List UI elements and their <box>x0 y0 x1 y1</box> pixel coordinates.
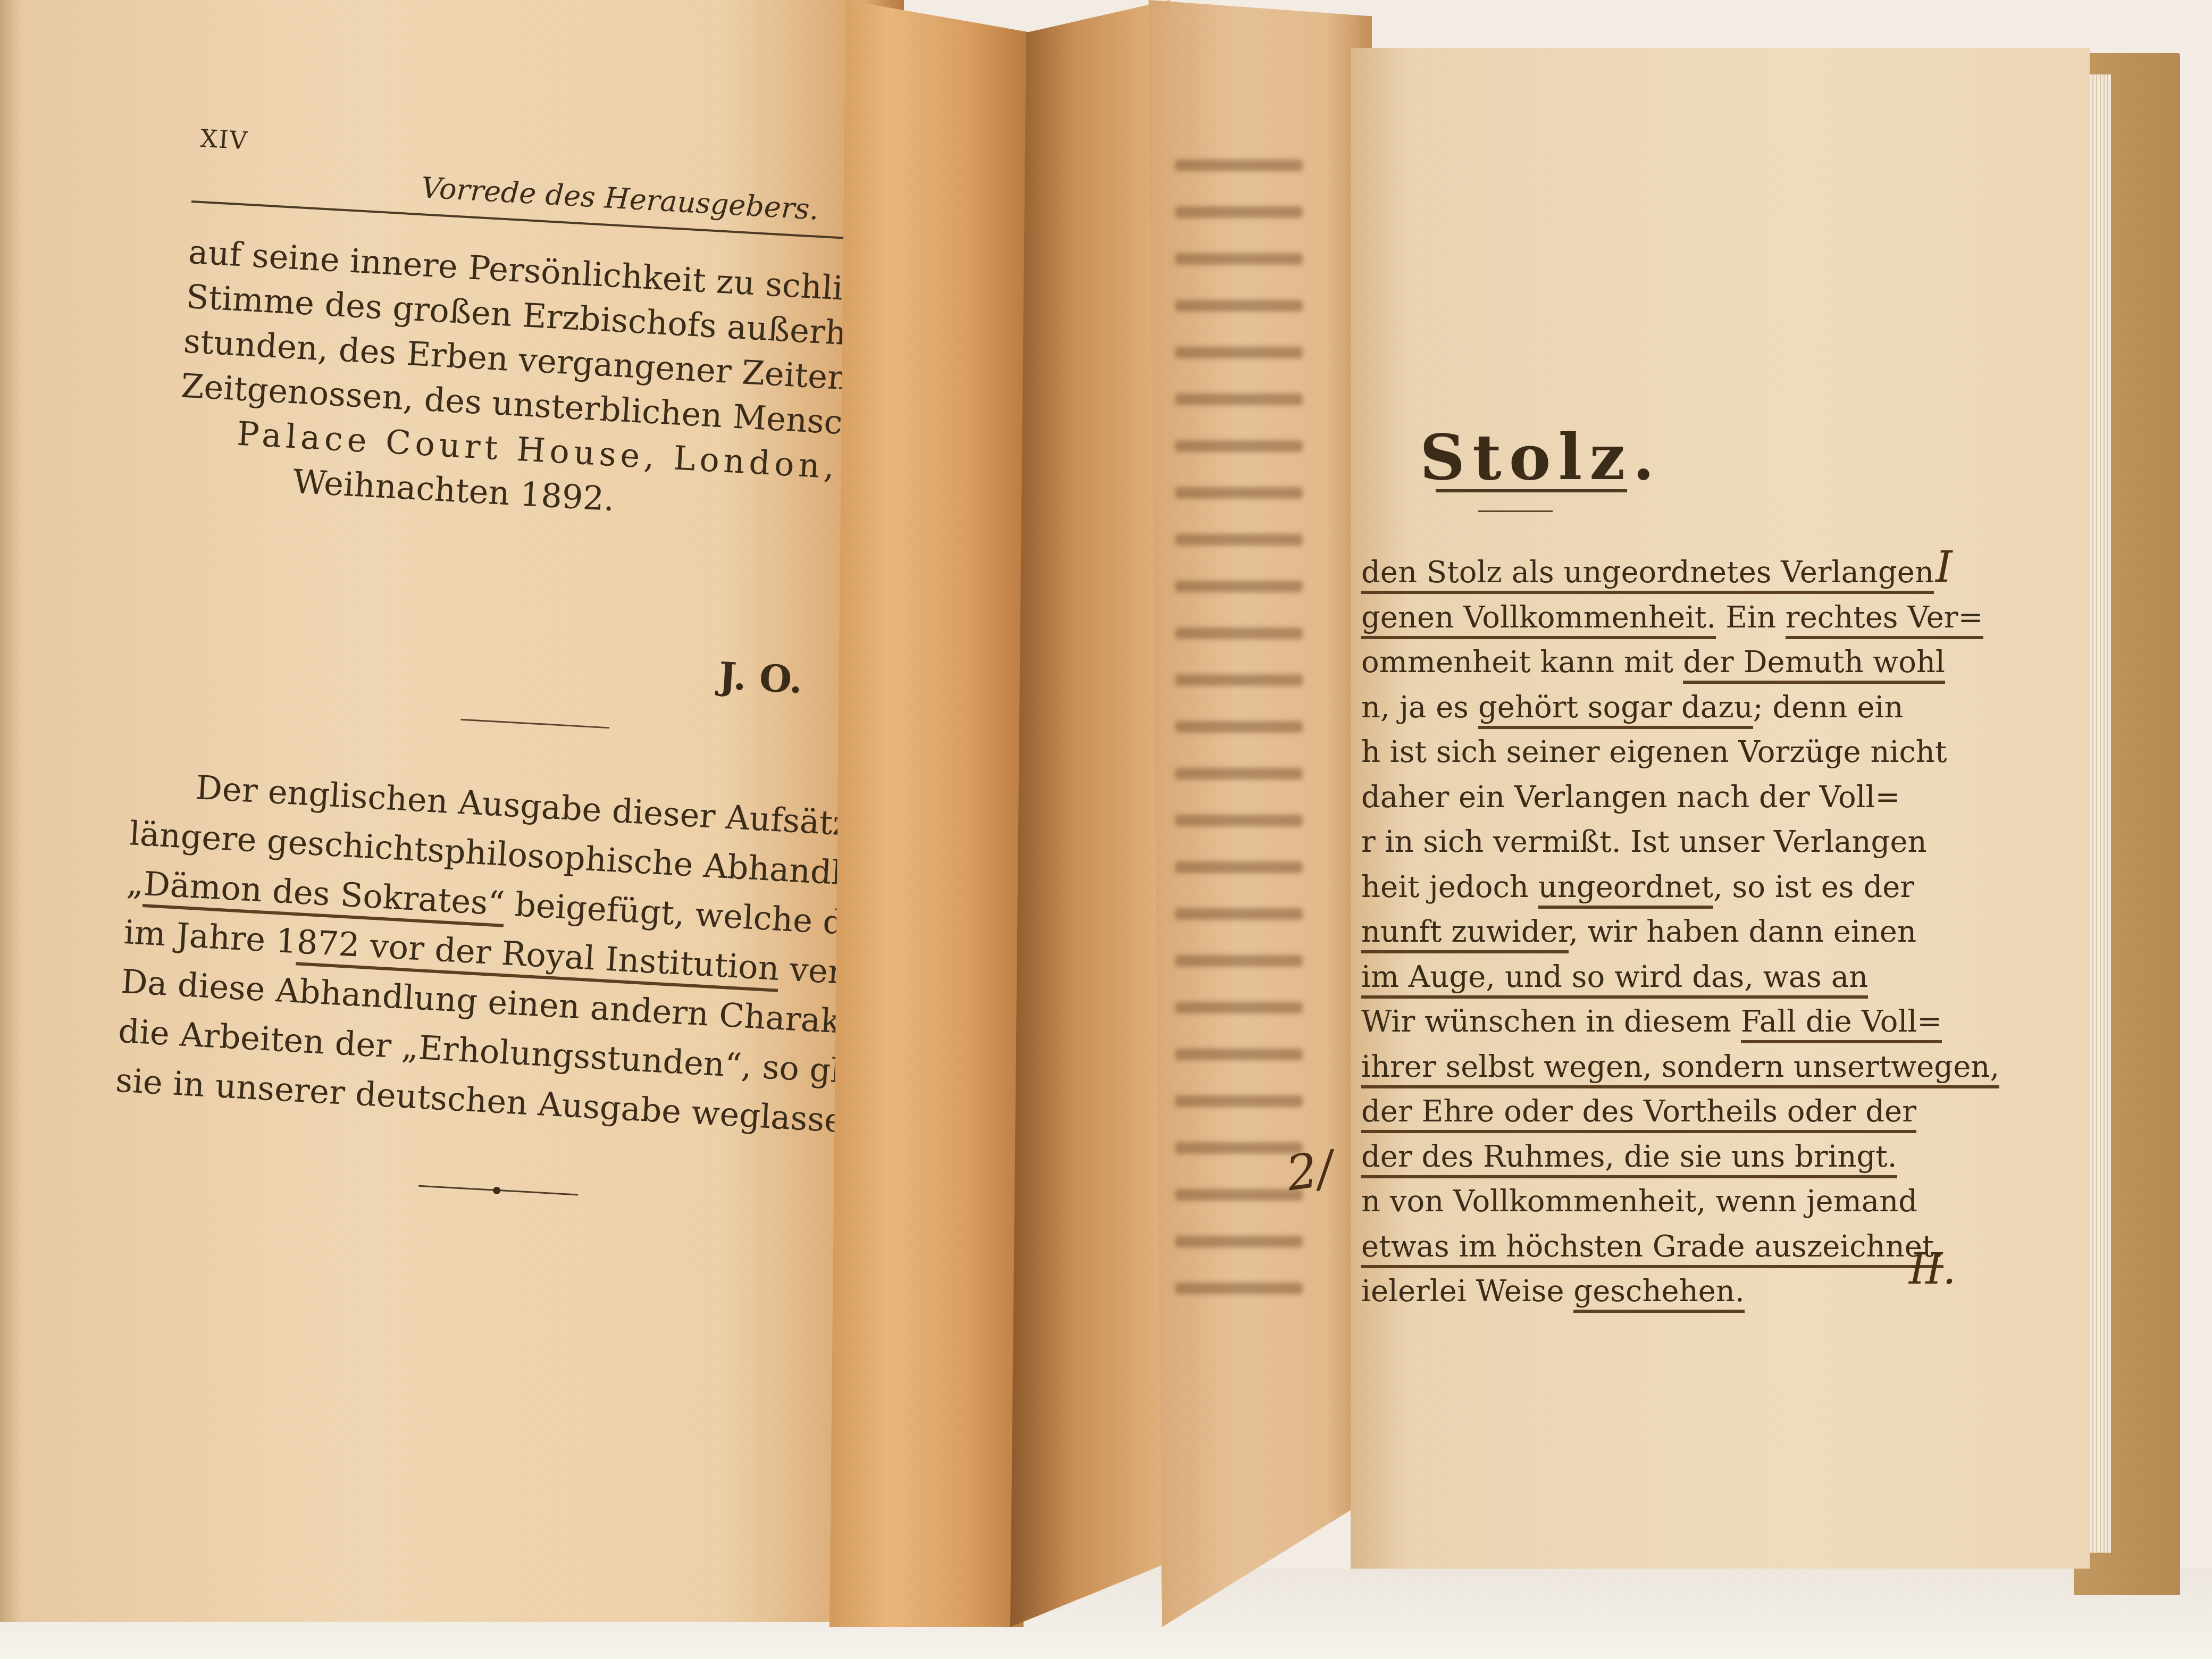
text-line: heit jedoch ungeordnet, so ist es der <box>1361 865 2063 910</box>
margin-note-roman-one: I <box>1935 542 1953 592</box>
text-line: ihrer selbst wegen, sondern unsertwegen, <box>1361 1045 2063 1090</box>
pen-underline <box>1436 489 1627 492</box>
handwritten-note: 2/ <box>1283 1140 1337 1202</box>
left-page-content: XIV Vorrede des Herausgebers. auf seine … <box>175 106 882 146</box>
signature-initials: J. O. <box>718 653 804 702</box>
chapter-title: Stolz. <box>1420 420 1662 494</box>
text-line: der des Ruhmes, die sie uns bringt. <box>1361 1135 2063 1180</box>
text-line: Wir wünschen in diesem Fall die Voll= <box>1361 1000 2063 1045</box>
section-rule <box>460 719 609 729</box>
turning-page-2[interactable] <box>1010 0 1170 1627</box>
open-book-photo: XIV Vorrede des Herausgebers. auf seine … <box>0 0 2212 1659</box>
preface-text: auf seine innere Persönlichkeit zu schli… <box>175 230 875 535</box>
text-line: der Ehre oder des Vortheils oder der <box>1361 1090 2063 1135</box>
text-line: n von Vollkommenheit, wenn jemand <box>1361 1179 2063 1225</box>
text-line: h ist sich seiner eigenen Vorzüge nicht <box>1361 730 2063 775</box>
text-line: im Auge, und so wird das, was an <box>1361 955 2063 1000</box>
text-line: den Stolz als ungeordnetes Verlangen <box>1361 550 2063 596</box>
note-paragraph: Der englischen Ausgabe dieser Aufsätze i… <box>114 759 840 1144</box>
blurred-text <box>1175 160 1303 1329</box>
chapter-text: den Stolz als ungeordnetes Verlangen gen… <box>1361 550 2063 1314</box>
text-line: nunft zuwider, wir haben dann einen <box>1361 910 2063 955</box>
turning-page-1[interactable] <box>829 0 1032 1627</box>
end-ornament <box>418 1185 578 1196</box>
margin-note-roman-two: II. <box>1909 1244 1956 1294</box>
text-line: etwas im höchsten Grade auszeichnet. <box>1361 1225 2063 1270</box>
text-line: ommenheit kann mit der Demuth wohl <box>1361 640 2063 685</box>
text-line: n, ja es gehört sogar dazu; denn ein <box>1361 685 2063 731</box>
text-line: daher ein Verlangen nach der Voll= <box>1361 775 2063 820</box>
page-edges <box>2090 74 2111 1553</box>
title-rule <box>1478 510 1553 512</box>
text-line: genen Vollkommenheit. Ein rechtes Ver= <box>1361 596 2063 641</box>
right-page: Stolz. den Stolz als ungeordnetes Verlan… <box>1351 48 2090 1569</box>
page-number: XIV <box>199 124 249 155</box>
text-line: ielerlei Weise geschehen. <box>1361 1269 2063 1314</box>
left-page: XIV Vorrede des Herausgebers. auf seine … <box>0 0 904 1622</box>
text-line: r in sich vermißt. Ist unser Verlangen <box>1361 820 2063 865</box>
turning-page-3[interactable] <box>1149 0 1372 1627</box>
